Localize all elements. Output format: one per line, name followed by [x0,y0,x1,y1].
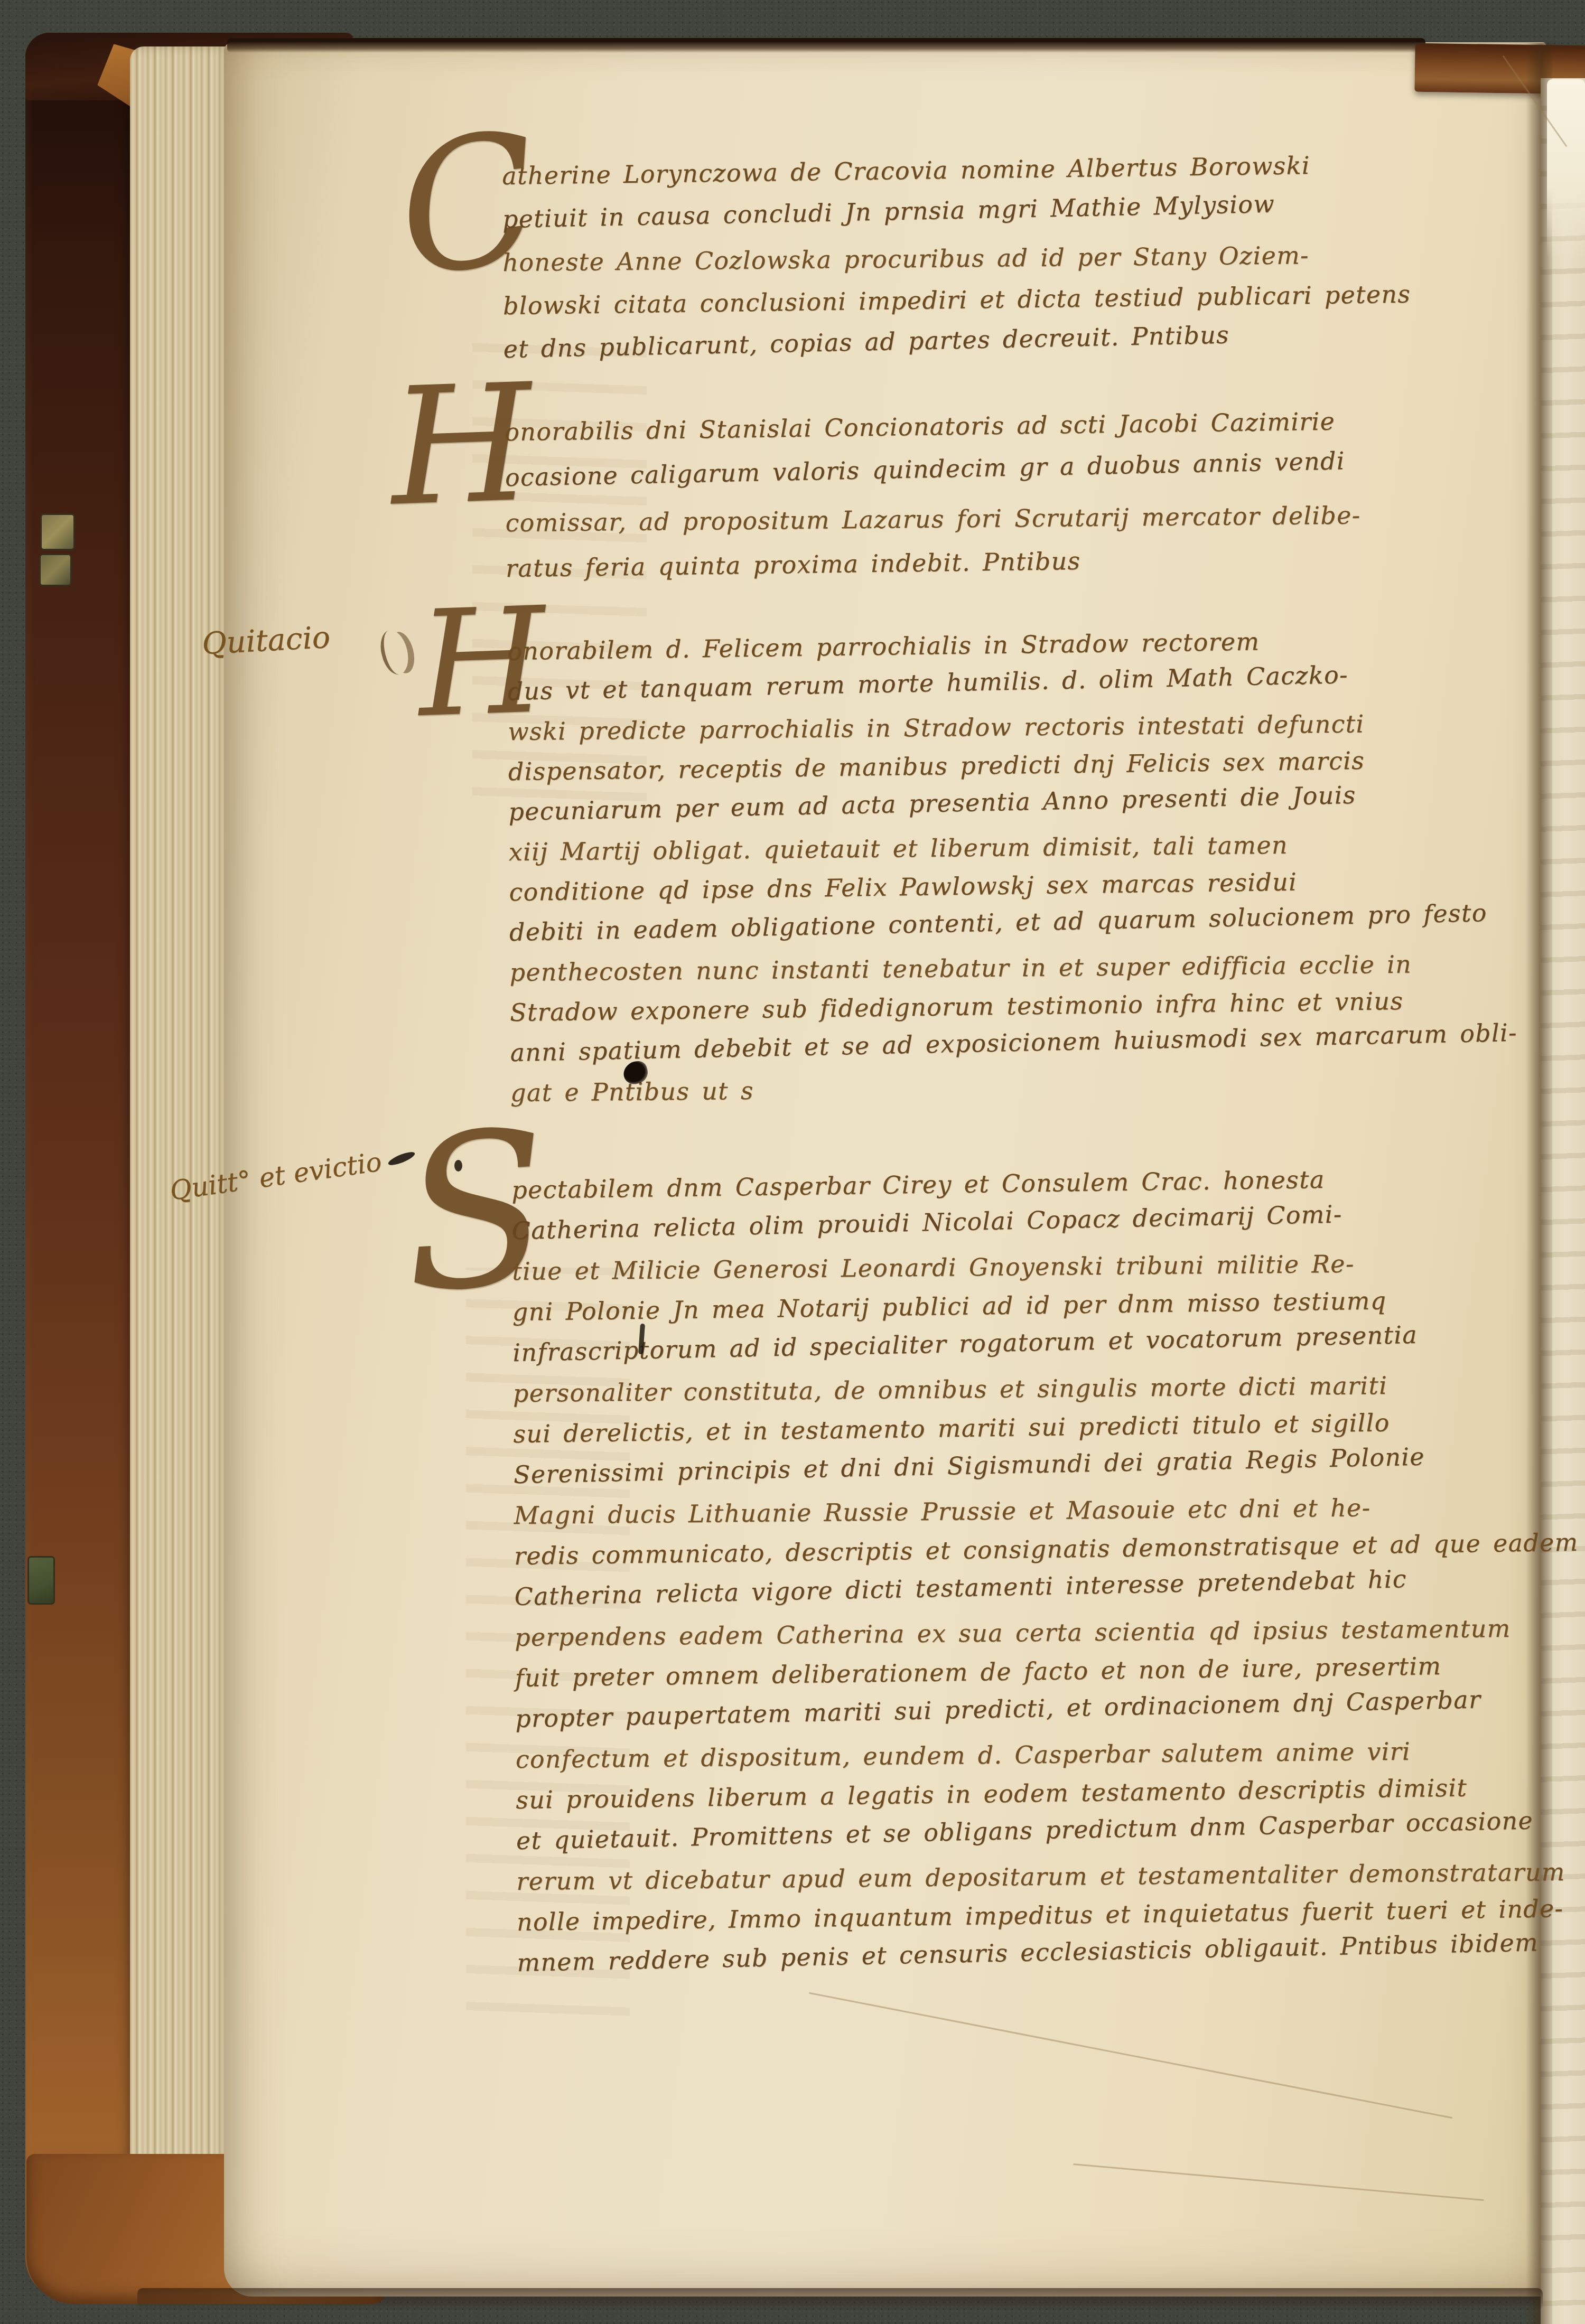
book-cover-leather-left [25,33,138,2300]
page-corner-highlight [1547,79,1585,259]
entry-paragraph-quittatio-evictio: pectabilem dnm Casperbar Cirey et Consul… [511,1163,1581,1983]
entry-paragraph-1: atherine Lorynczowa de Cracovia nomine A… [502,148,1411,371]
ink-blot [454,1160,462,1172]
clasp-remnant [40,513,75,550]
manuscript-line: gat e Pntibus ut s [510,1064,1518,1113]
entry-paragraph-2: onorabilis dni Stanislai Concionatoris a… [505,404,1361,591]
entry-paragraph-quitacio: onorabilem d. Felicem parrochialis in St… [507,624,1518,1113]
clasp-remnant [39,554,72,586]
clasp-remnant [27,1556,55,1605]
page-top-edge-shadow [227,38,1425,53]
manuscript-photo-backdrop: Quitacio Quitt° et evictio C H H S ather… [0,0,1585,2324]
page-bottom-edge-shadow [137,2288,1543,2310]
margin-note-quitacio: Quitacio [201,620,331,662]
